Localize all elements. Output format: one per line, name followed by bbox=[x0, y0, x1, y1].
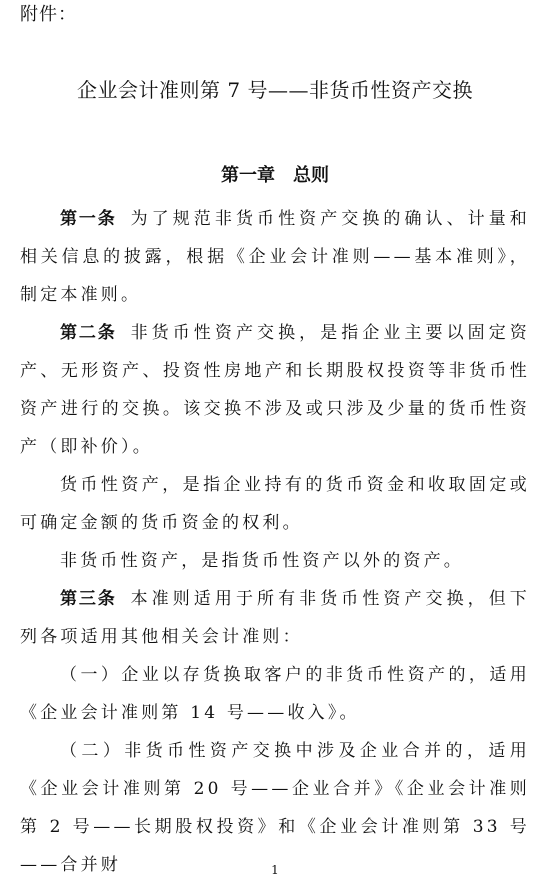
article-3-paragraph: 第三条本准则适用于所有非货币性资产交换，但下列各项适用其他相关会计准则： bbox=[20, 580, 530, 656]
attachment-label: 附件： bbox=[20, 2, 77, 28]
article-1-paragraph: 第一条为了规范非货币性资产交换的确认、计量和相关信息的披露，根据《企业会计准则—… bbox=[20, 200, 530, 314]
article-number: 第一条 bbox=[60, 209, 117, 229]
document-body: 第一条为了规范非货币性资产交换的确认、计量和相关信息的披露，根据《企业会计准则—… bbox=[20, 200, 530, 884]
non-monetary-assets-definition: 非货币性资产，是指货币性资产以外的资产。 bbox=[20, 542, 530, 580]
chapter-heading: 第一章 总则 bbox=[0, 163, 550, 189]
paragraph-text: （二）非货币性资产交换中涉及企业合并的，适用《企业会计准则第 20 号——企业合… bbox=[20, 741, 530, 875]
article-number: 第三条 bbox=[60, 589, 117, 609]
paragraph-text: 非货币性资产，是指货币性资产以外的资产。 bbox=[60, 551, 464, 571]
article-2-paragraph: 第二条非货币性资产交换，是指企业主要以固定资产、无形资产、投资性房地产和长期股权… bbox=[20, 314, 530, 466]
exception-item-1: （一）企业以存货换取客户的非货币性资产的，适用《企业会计准则第 14 号——收入… bbox=[20, 656, 530, 732]
document-title: 企业会计准则第 7 号——非货币性资产交换 bbox=[0, 76, 550, 104]
page-number: 1 bbox=[0, 862, 550, 878]
monetary-assets-definition: 货币性资产，是指企业持有的货币资金和收取固定或可确定金额的货币资金的权利。 bbox=[20, 466, 530, 542]
article-number: 第二条 bbox=[60, 323, 117, 343]
article-text: 非货币性资产交换，是指企业主要以固定资产、无形资产、投资性房地产和长期股权投资等… bbox=[20, 323, 530, 457]
paragraph-text: （一）企业以存货换取客户的非货币性资产的，适用《企业会计准则第 14 号——收入… bbox=[20, 665, 530, 723]
paragraph-text: 货币性资产，是指企业持有的货币资金和收取固定或可确定金额的货币资金的权利。 bbox=[20, 475, 530, 533]
